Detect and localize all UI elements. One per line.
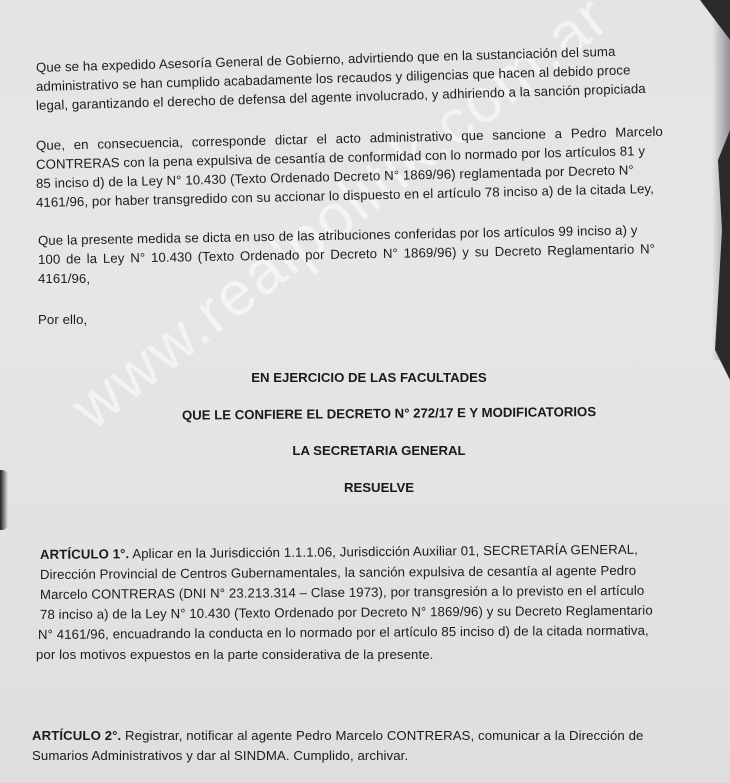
text-span: Registrar, notificar al agente Pedro Mar… [121, 728, 643, 743]
text-line: ARTÍCULO 1°. Aplicar en la Jurisdicción … [40, 542, 638, 562]
heading-resuelve: RESUELVE [0, 480, 730, 495]
page-edge-shadow-left [0, 470, 8, 530]
text-line: Dirección Provincial de Centros Gubernam… [40, 563, 636, 582]
text-line: por los motivos expuestos en la parte co… [36, 647, 433, 662]
articulo-label: ARTÍCULO 2°. [32, 728, 121, 743]
articulo-label: ARTÍCULO 1°. [40, 546, 129, 562]
text-line: Marcelo CONTRERAS (DNI N° 23.213.314 – C… [40, 583, 644, 602]
heading-secretaria: LA SECRETARIA GENERAL [0, 443, 730, 458]
document-page: www.realpolitik.com.ar Que se ha expedid… [0, 0, 730, 783]
text-line: ARTÍCULO 2°. Registrar, notificar al age… [32, 728, 643, 743]
text-line: N° 4161/96, encuadrando la conducta en l… [38, 623, 649, 642]
heading-decreto: QUE LE CONFIERE EL DECRETO N° 272/17 E Y… [0, 403, 730, 425]
text-line: 4161/96, [38, 271, 90, 286]
por-ello: Por ello, [38, 312, 87, 327]
text-span: Aplicar en la Jurisdicción 1.1.1.06, Jur… [129, 542, 638, 561]
heading-facultades: EN EJERCICIO DE LAS FACULTADES [0, 370, 730, 385]
text-line: Sumarios Administrativos y dar al SINDMA… [32, 748, 408, 763]
page-edge-shadow [712, 20, 730, 360]
text-line: 78 inciso a) de la Ley N° 10.430 (Texto … [40, 603, 653, 622]
